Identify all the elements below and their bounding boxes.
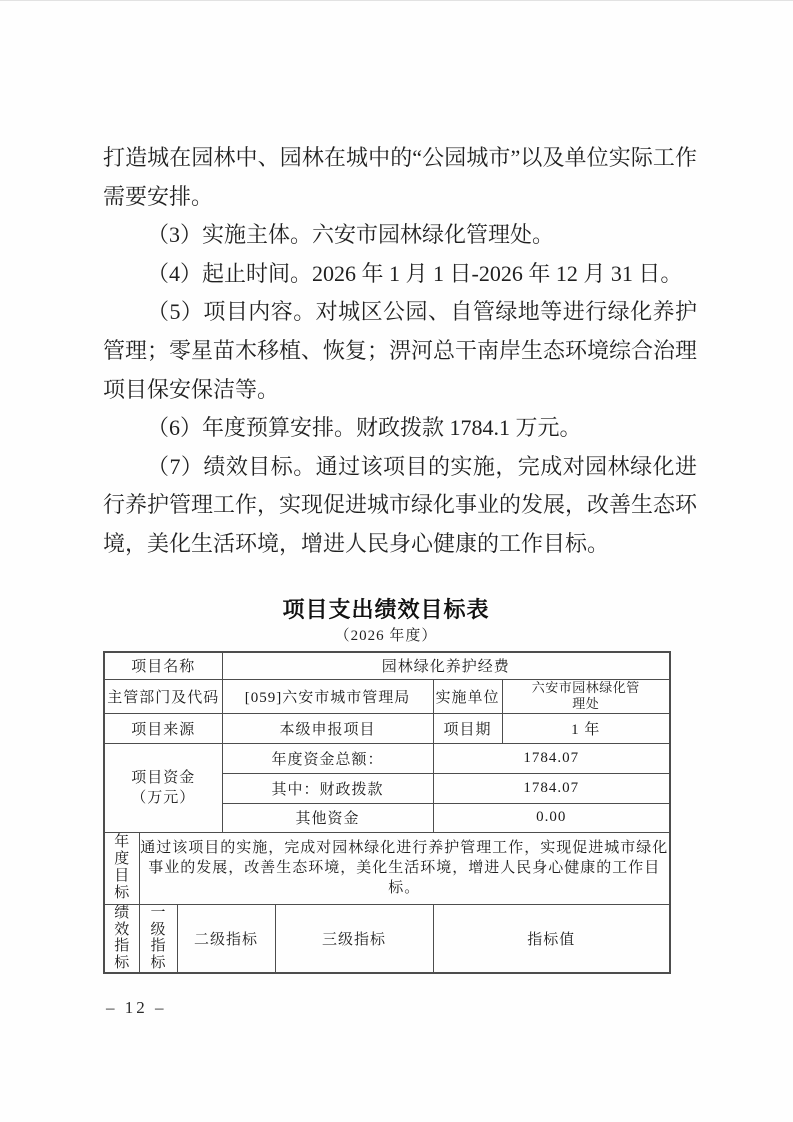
indicator-value-header: 指标值 [433, 904, 670, 973]
performance-table-section: 项目支出绩效目标表 （2026 年度） 项目名称 园林绿化养护经费 主管部门及代… [103, 595, 669, 974]
fiscal-allocation-label: 其中：财政拨款 [222, 773, 433, 803]
project-name-value: 园林绿化养护经费 [222, 652, 670, 679]
department-label: 主管部门及代码 [104, 679, 222, 713]
table-subtitle: （2026 年度） [103, 625, 669, 647]
body-text: 打造城在园林中、园林在城中的“公园城市”以及单位实际工作需要安排。 （3）实施主… [103, 139, 697, 564]
department-value: [059]六安市城市管理局 [222, 679, 433, 713]
implementing-unit-label: 实施单位 [433, 679, 502, 713]
annual-goal-label: 年度目标 [104, 832, 139, 904]
project-funds-label: 项目资金（万元） [104, 743, 222, 832]
level1-indicator-header: 一级指标 [139, 904, 177, 973]
project-period-value: 1 年 [502, 713, 670, 743]
body-paragraph: （5）项目内容。对城区公园、自管绿地等进行绿化养护管理；零星苗木移植、恢复；淠河… [103, 293, 697, 409]
other-funds-value: 0.00 [433, 803, 670, 832]
level3-indicator-header: 三级指标 [275, 904, 433, 973]
page-number: – 12 – [106, 998, 167, 1018]
performance-target-table: 项目名称 园林绿化养护经费 主管部门及代码 [059]六安市城市管理局 实施单位… [103, 651, 671, 974]
body-paragraph: 打造城在园林中、园林在城中的“公园城市”以及单位实际工作需要安排。 [103, 139, 697, 216]
annual-goal-text: 通过该项目的实施，完成对园林绿化进行养护管理工作，实现促进城市绿化事业的发展，改… [139, 832, 670, 904]
fiscal-allocation-value: 1784.07 [433, 773, 670, 803]
table-title: 项目支出绩效目标表 [103, 595, 669, 625]
annual-total-value: 1784.07 [433, 743, 670, 773]
body-paragraph: （4）起止时间。2026 年 1 月 1 日-2026 年 12 月 31 日。 [103, 255, 697, 294]
body-paragraph: （7）绩效目标。通过该项目的实施，完成对园林绿化进行养护管理工作，实现促进城市绿… [103, 448, 697, 564]
performance-indicator-label: 绩效指标 [104, 904, 139, 973]
project-source-value: 本级申报项目 [222, 713, 433, 743]
implementing-unit-value: 六安市园林绿化管理处 [502, 679, 670, 713]
body-paragraph: （3）实施主体。六安市园林绿化管理处。 [103, 216, 697, 255]
project-name-label: 项目名称 [104, 652, 222, 679]
project-source-label: 项目来源 [104, 713, 222, 743]
annual-total-label: 年度资金总额： [222, 743, 433, 773]
project-period-label: 项目期 [433, 713, 502, 743]
body-paragraph: （6）年度预算安排。财政拨款 1784.1 万元。 [103, 409, 697, 448]
other-funds-label: 其他资金 [222, 803, 433, 832]
document-page: 打造城在园林中、园林在城中的“公园城市”以及单位实际工作需要安排。 （3）实施主… [0, 0, 793, 1122]
level2-indicator-header: 二级指标 [177, 904, 275, 973]
